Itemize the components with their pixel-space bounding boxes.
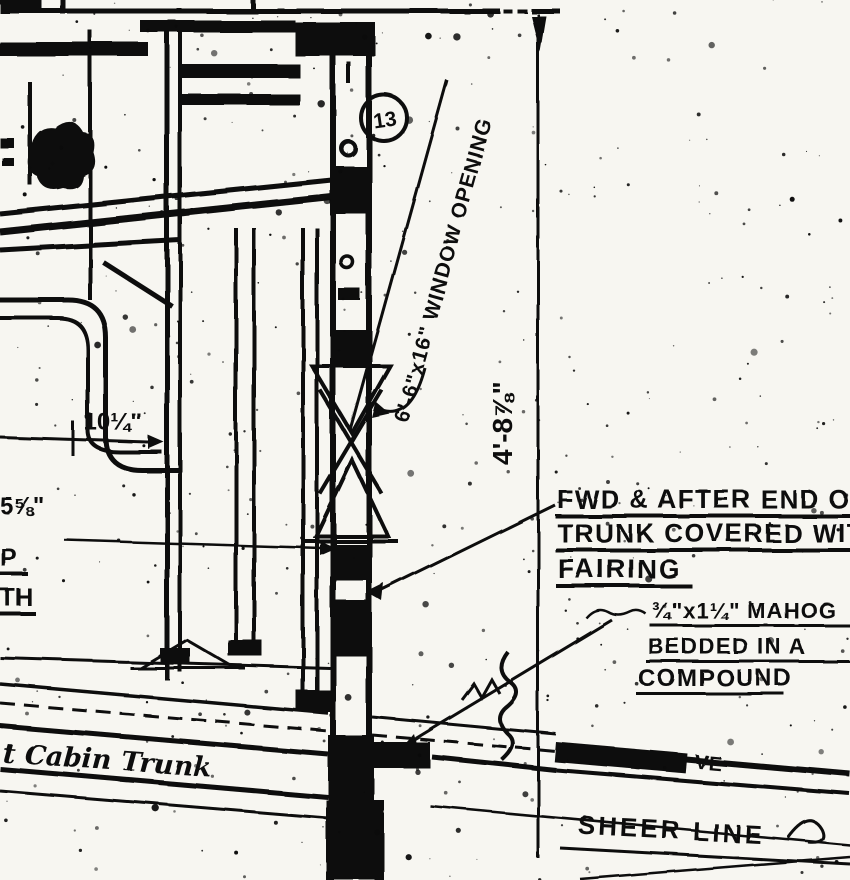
text-fragment-p: P bbox=[0, 544, 17, 572]
window-opening-callout: 13 6'-6"x16" WINDOW OPENING bbox=[350, 80, 497, 430]
note-molding: ¾"x1¼" MAHOG BEDDED IN A COMPOUND bbox=[398, 598, 850, 752]
note-trunk-end-line1: FWD & AFTER END O bbox=[557, 484, 850, 514]
note-trunk-end-line3: FAIRING bbox=[558, 554, 682, 584]
sheer-line-label: SHEER LINE bbox=[578, 810, 765, 850]
note-molding-line1: ¾"x1¼" MAHOG bbox=[652, 598, 836, 623]
sheer-line-group: SHEER LINE bbox=[578, 810, 824, 850]
window-opening-label: 6'-6"x16" WINDOW OPENING bbox=[391, 116, 497, 426]
top-reference-line bbox=[0, 0, 560, 14]
dim-horizontal: 10¼" bbox=[0, 409, 164, 456]
text-fragment-th: TH bbox=[0, 584, 33, 612]
note-molding-line3: COMPOUND bbox=[638, 665, 793, 692]
note-trunk-end-line2: TRUNK COVERED WIT bbox=[557, 518, 850, 548]
deck-lines bbox=[0, 684, 850, 879]
cove-fragment-label: VE bbox=[694, 751, 723, 775]
dim-small-label: 5⅝" bbox=[0, 493, 45, 520]
dim-horizontal-label: 10¼" bbox=[84, 409, 142, 436]
note-molding-line2: BEDDED IN A bbox=[648, 634, 807, 659]
blueprint-page: 4'-8⅞" bbox=[0, 0, 850, 880]
cabin-structure bbox=[0, 20, 332, 700]
ink-blot bbox=[28, 122, 95, 190]
dim-vertical-label: 4'-8⅞" bbox=[487, 381, 518, 465]
detail-circle-number: 13 bbox=[372, 107, 398, 133]
drawing-canvas: 4'-8⅞" bbox=[0, 0, 850, 880]
note-trunk-end: FWD & AFTER END O TRUNK COVERED WIT FAIR… bbox=[366, 484, 850, 601]
